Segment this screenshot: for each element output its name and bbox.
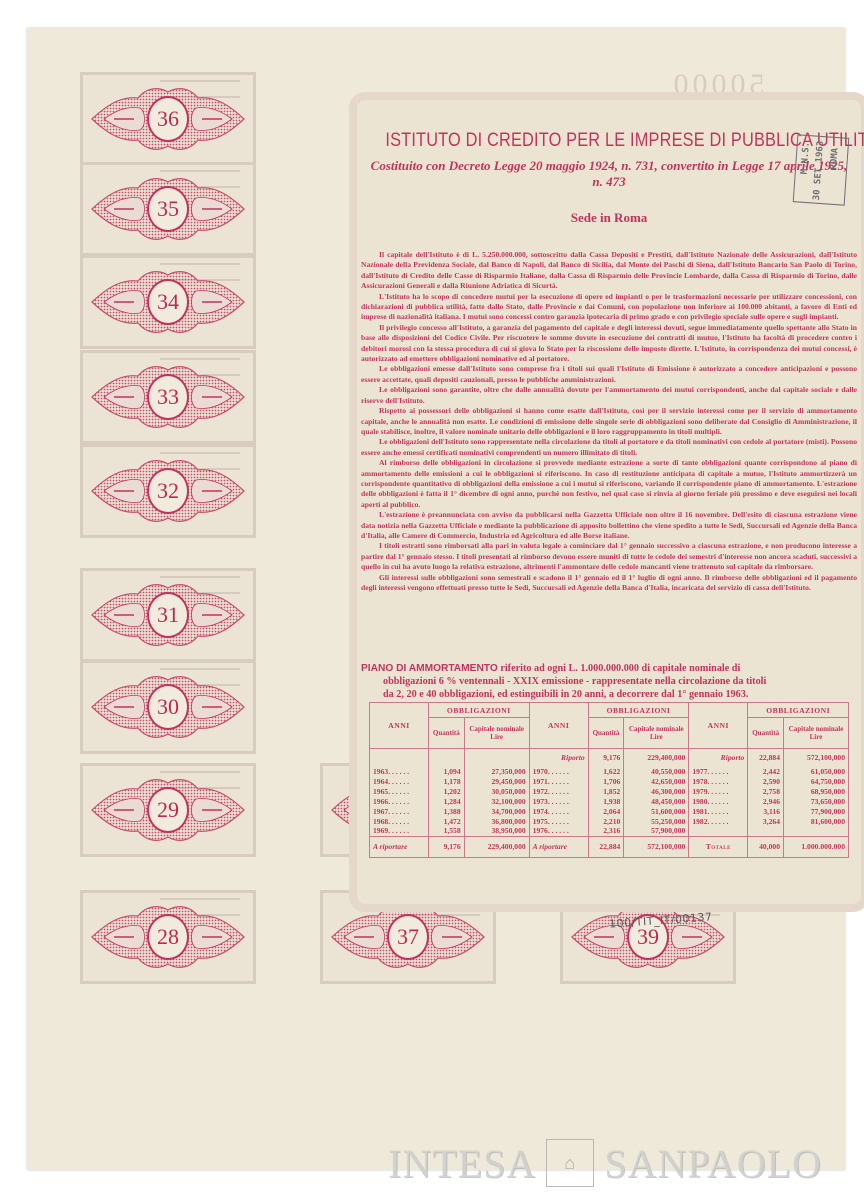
capital-cell: 77,900,000 — [784, 807, 849, 817]
col-header-anni: ANNI — [529, 703, 588, 749]
year-cell: 1979. . . . . . — [689, 787, 748, 797]
quantity-cell: 1,472 — [429, 817, 465, 827]
quantity-cell: 1,284 — [429, 797, 465, 807]
table-row: 1966. . . . . .1,28432,100,0001973. . . … — [370, 797, 849, 807]
intesa-sanpaolo-watermark: INTESA ⌂ SANPAOLO — [388, 1138, 848, 1188]
capital-cell: 48,450,000 — [624, 797, 689, 807]
year-cell: 1970. . . . . . — [529, 767, 588, 777]
footer-qty: 9,176 — [429, 837, 465, 858]
col-header-quantita: Quantità — [588, 718, 624, 749]
capital-cell: 55,250,000 — [624, 817, 689, 827]
coupon-28: 28 — [80, 890, 256, 984]
stamp-line-1: M.N.S. — [800, 142, 812, 175]
col-header-anni: ANNI — [370, 703, 429, 749]
coupon-29: 29 — [80, 763, 256, 857]
year-cell: 1978. . . . . . — [689, 777, 748, 787]
capital-cell: 40,550,000 — [624, 767, 689, 777]
empty-cell — [464, 749, 529, 768]
legal-basis-subtitle: Costituito con Decreto Legge 20 maggio 1… — [369, 158, 849, 190]
quantity-cell: 2,316 — [588, 826, 624, 836]
capital-cell: 30,050,000 — [464, 787, 529, 797]
capital-cell: 57,900,000 — [624, 826, 689, 836]
capital-cell: 68,950,000 — [784, 787, 849, 797]
year-cell: 1975. . . . . . — [529, 817, 588, 827]
riporto-qty: 9,176 — [588, 749, 624, 768]
terms-paragraph: Il privilegio concesso all'Istituto, a g… — [361, 323, 857, 365]
col-header-capitale: Capitale nominale Lire — [464, 718, 529, 749]
col-header-capitale: Capitale nominale Lire — [784, 718, 849, 749]
coupon-35: 35 — [80, 162, 256, 256]
empty-cell — [429, 749, 465, 768]
terms-paragraph: Le obbligazioni sono garantite, oltre ch… — [361, 385, 857, 406]
footer-cap: 572,100,000 — [624, 837, 689, 858]
year-cell: 1973. . . . . . — [529, 797, 588, 807]
totale-label: Totale — [689, 837, 748, 858]
year-cell: 1967. . . . . . — [370, 807, 429, 817]
coupon-number: 29 — [147, 787, 189, 833]
quantity-cell: 2,064 — [588, 807, 624, 817]
quantity-cell: 1,178 — [429, 777, 465, 787]
quantity-cell: 2,210 — [588, 817, 624, 827]
table-row: 1969. . . . . .1,55838,950,0001976. . . … — [370, 826, 849, 836]
riporto-row: Riporto9,176229,400,000Riporto22,884572,… — [370, 749, 849, 768]
col-header-anni: ANNI — [689, 703, 748, 749]
year-cell: 1981. . . . . . — [689, 807, 748, 817]
year-cell: 1976. . . . . . — [529, 826, 588, 836]
year-cell: 1980. . . . . . — [689, 797, 748, 807]
piano-line2: obbligazioni 6 % ventennali - XXIX emiss… — [361, 675, 857, 688]
year-cell — [689, 826, 748, 836]
capital-cell: 29,450,000 — [464, 777, 529, 787]
table-row: 1965. . . . . .1,20230,050,0001972. . . … — [370, 787, 849, 797]
coupon-number: 35 — [147, 186, 189, 232]
piano-line1: riferito ad ogni L. 1.000.000.000 di cap… — [498, 663, 741, 674]
riporto-qty: 22,884 — [748, 749, 784, 768]
amortization-heading: PIANO DI AMMORTAMENTO riferito ad ogni L… — [361, 662, 857, 701]
terms-text: Il capitale dell'Istituto è di L. 5.250.… — [361, 250, 857, 593]
coupon-32: 32 — [80, 444, 256, 538]
amortization-table-wrap: ANNIOBBLIGAZIONIANNIOBBLIGAZIONIANNIOBBL… — [369, 702, 849, 858]
coupon-number: 33 — [147, 374, 189, 420]
year-cell: 1965. . . . . . — [370, 787, 429, 797]
piano-lead: PIANO DI AMMORTAMENTO — [361, 663, 498, 674]
coupon-number: 37 — [387, 914, 429, 960]
quantity-cell: 1,558 — [429, 826, 465, 836]
coupon-number: 36 — [147, 96, 189, 142]
table-row: 1963. . . . . .1,09427,350,0001970. . . … — [370, 767, 849, 777]
coupon-31: 31 — [80, 568, 256, 662]
quantity-cell: 3,264 — [748, 817, 784, 827]
year-cell: 1974. . . . . . — [529, 807, 588, 817]
quantity-cell: 3,116 — [748, 807, 784, 817]
riporto-cap: 229,400,000 — [624, 749, 689, 768]
quantity-cell: 1,938 — [588, 797, 624, 807]
year-cell: 1969. . . . . . — [370, 826, 429, 836]
terms-paragraph: Gli interessi sulle obbligazioni sono se… — [361, 573, 857, 594]
footer-qty: 22,884 — [588, 837, 624, 858]
quantity-cell: 1,094 — [429, 767, 465, 777]
year-cell: 1982. . . . . . — [689, 817, 748, 827]
capital-cell: 27,350,000 — [464, 767, 529, 777]
col-header-obbligazioni: OBBLIGAZIONI — [429, 703, 530, 718]
institute-title: ISTITUTO DI CREDITO PER LE IMPRESE DI PU… — [385, 130, 832, 152]
coupon-number: 32 — [147, 468, 189, 514]
main-text-panel: ISTITUTO DI CREDITO PER LE IMPRESE DI PU… — [349, 92, 864, 912]
quantity-cell: 2,590 — [748, 777, 784, 787]
year-cell: 1964. . . . . . — [370, 777, 429, 787]
terms-paragraph: Il capitale dell'Istituto è di L. 5.250.… — [361, 250, 857, 292]
quantity-cell: 2,442 — [748, 767, 784, 777]
capital-cell: 64,750,000 — [784, 777, 849, 787]
footer-qty: 40,000 — [748, 837, 784, 858]
coupon-number: 28 — [147, 914, 189, 960]
watermark-right: SANPAOLO — [604, 1140, 822, 1187]
piano-line3: da 2, 20 e 40 obbligazioni, ed estinguib… — [361, 688, 857, 701]
year-cell: 1968. . . . . . — [370, 817, 429, 827]
year-cell: 1971. . . . . . — [529, 777, 588, 787]
terms-paragraph: Le obbligazioni dell'Istituto sono rappr… — [361, 437, 857, 458]
headquarters-line: Sede in Roma — [349, 210, 864, 226]
year-cell: 1966. . . . . . — [370, 797, 429, 807]
coupon-number: 34 — [147, 279, 189, 325]
registration-stamp: M.N.S. 30 SET 1963 ROMA — [793, 134, 850, 205]
terms-paragraph: L'estrazione è preannunciata con avviso … — [361, 510, 857, 541]
terms-paragraph: Rispetto ai possessori delle obbligazion… — [361, 406, 857, 437]
capital-cell: 38,950,000 — [464, 826, 529, 836]
footer-cap: 1.000.000.000 — [784, 837, 849, 858]
bond-certificate: 50000 36 35 34 33 — [27, 28, 845, 1170]
quantity-cell: 1,622 — [588, 767, 624, 777]
capital-cell: 51,600,000 — [624, 807, 689, 817]
capital-cell: 73,650,000 — [784, 797, 849, 807]
coupon-34: 34 — [80, 255, 256, 349]
quantity-cell: 2,758 — [748, 787, 784, 797]
stamp-line-2: 30 SET 1963 — [812, 141, 826, 201]
year-cell: 1972. . . . . . — [529, 787, 588, 797]
capital-cell — [784, 826, 849, 836]
coupon-33: 33 — [80, 350, 256, 444]
coupon-36: 36 — [80, 72, 256, 166]
coupon-number: 30 — [147, 684, 189, 730]
a-riportare-label: A riportare — [529, 837, 588, 858]
footer-row: A riportare9,176229,400,000A riportare22… — [370, 837, 849, 858]
footer-cap: 229,400,000 — [464, 837, 529, 858]
capital-cell: 32,100,000 — [464, 797, 529, 807]
bank-logo-icon: ⌂ — [546, 1139, 594, 1187]
table-row: 1964. . . . . .1,17829,450,0001971. . . … — [370, 777, 849, 787]
riporto-cap: 572,100,000 — [784, 749, 849, 768]
capital-cell: 36,800,000 — [464, 817, 529, 827]
quantity-cell: 1,388 — [429, 807, 465, 817]
col-header-capitale: Capitale nominale Lire — [624, 718, 689, 749]
a-riportare-label: A riportare — [370, 837, 429, 858]
quantity-cell: 1,202 — [429, 787, 465, 797]
table-row: 1967. . . . . .1,38834,700,0001974. . . … — [370, 807, 849, 817]
year-cell: 1963. . . . . . — [370, 767, 429, 777]
coupon-30: 30 — [80, 660, 256, 754]
riporto-label: Riporto — [689, 749, 748, 768]
quantity-cell: 2,946 — [748, 797, 784, 807]
col-header-quantita: Quantità — [429, 718, 465, 749]
col-header-obbligazioni: OBBLIGAZIONI — [748, 703, 849, 718]
capital-cell: 34,700,000 — [464, 807, 529, 817]
year-cell: 1977. . . . . . — [689, 767, 748, 777]
capital-cell: 61,050,000 — [784, 767, 849, 777]
terms-paragraph: Le obbligazioni emesse dall'Istituto son… — [361, 364, 857, 385]
terms-paragraph: Al rimborso delle obbligazioni in circol… — [361, 458, 857, 510]
riporto-label: Riporto — [529, 749, 588, 768]
quantity-cell — [748, 826, 784, 836]
capital-cell: 42,650,000 — [624, 777, 689, 787]
quantity-cell: 1,706 — [588, 777, 624, 787]
capital-cell: 46,300,000 — [624, 787, 689, 797]
coupon-number: 31 — [147, 592, 189, 638]
watermark-left: INTESA — [388, 1140, 536, 1187]
col-header-obbligazioni: OBBLIGAZIONI — [588, 703, 689, 718]
amortization-table: ANNIOBBLIGAZIONIANNIOBBLIGAZIONIANNIOBBL… — [369, 702, 849, 858]
empty-cell — [370, 749, 429, 768]
col-header-quantita: Quantità — [748, 718, 784, 749]
capital-cell: 81,600,000 — [784, 817, 849, 827]
stamp-line-3: ROMA — [829, 148, 840, 170]
terms-paragraph: I titoli estratti sono rimborsati alla p… — [361, 541, 857, 572]
terms-paragraph: L'Istituto ha lo scopo di concedere mutu… — [361, 292, 857, 323]
table-row: 1968. . . . . .1,47236,800,0001975. . . … — [370, 817, 849, 827]
quantity-cell: 1,852 — [588, 787, 624, 797]
